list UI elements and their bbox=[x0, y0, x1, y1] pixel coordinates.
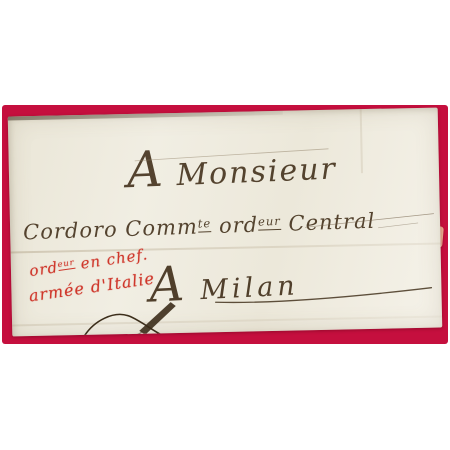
page-background: A Monsieur Cordoro Commte ordeur Central… bbox=[0, 0, 450, 450]
photo-area: A Monsieur Cordoro Commte ordeur Central… bbox=[2, 105, 448, 344]
ink-flourishes bbox=[8, 108, 443, 337]
milan-underline-stroke bbox=[215, 288, 431, 303]
letter-paper: A Monsieur Cordoro Commte ordeur Central… bbox=[8, 108, 443, 337]
signature-flourish-downstroke bbox=[139, 302, 177, 335]
faint-strike-stroke bbox=[135, 149, 329, 161]
line2-trailing-stroke bbox=[305, 214, 434, 228]
line2-trailing-stroke-2 bbox=[378, 223, 418, 228]
signature-flourish-tail bbox=[124, 332, 142, 336]
